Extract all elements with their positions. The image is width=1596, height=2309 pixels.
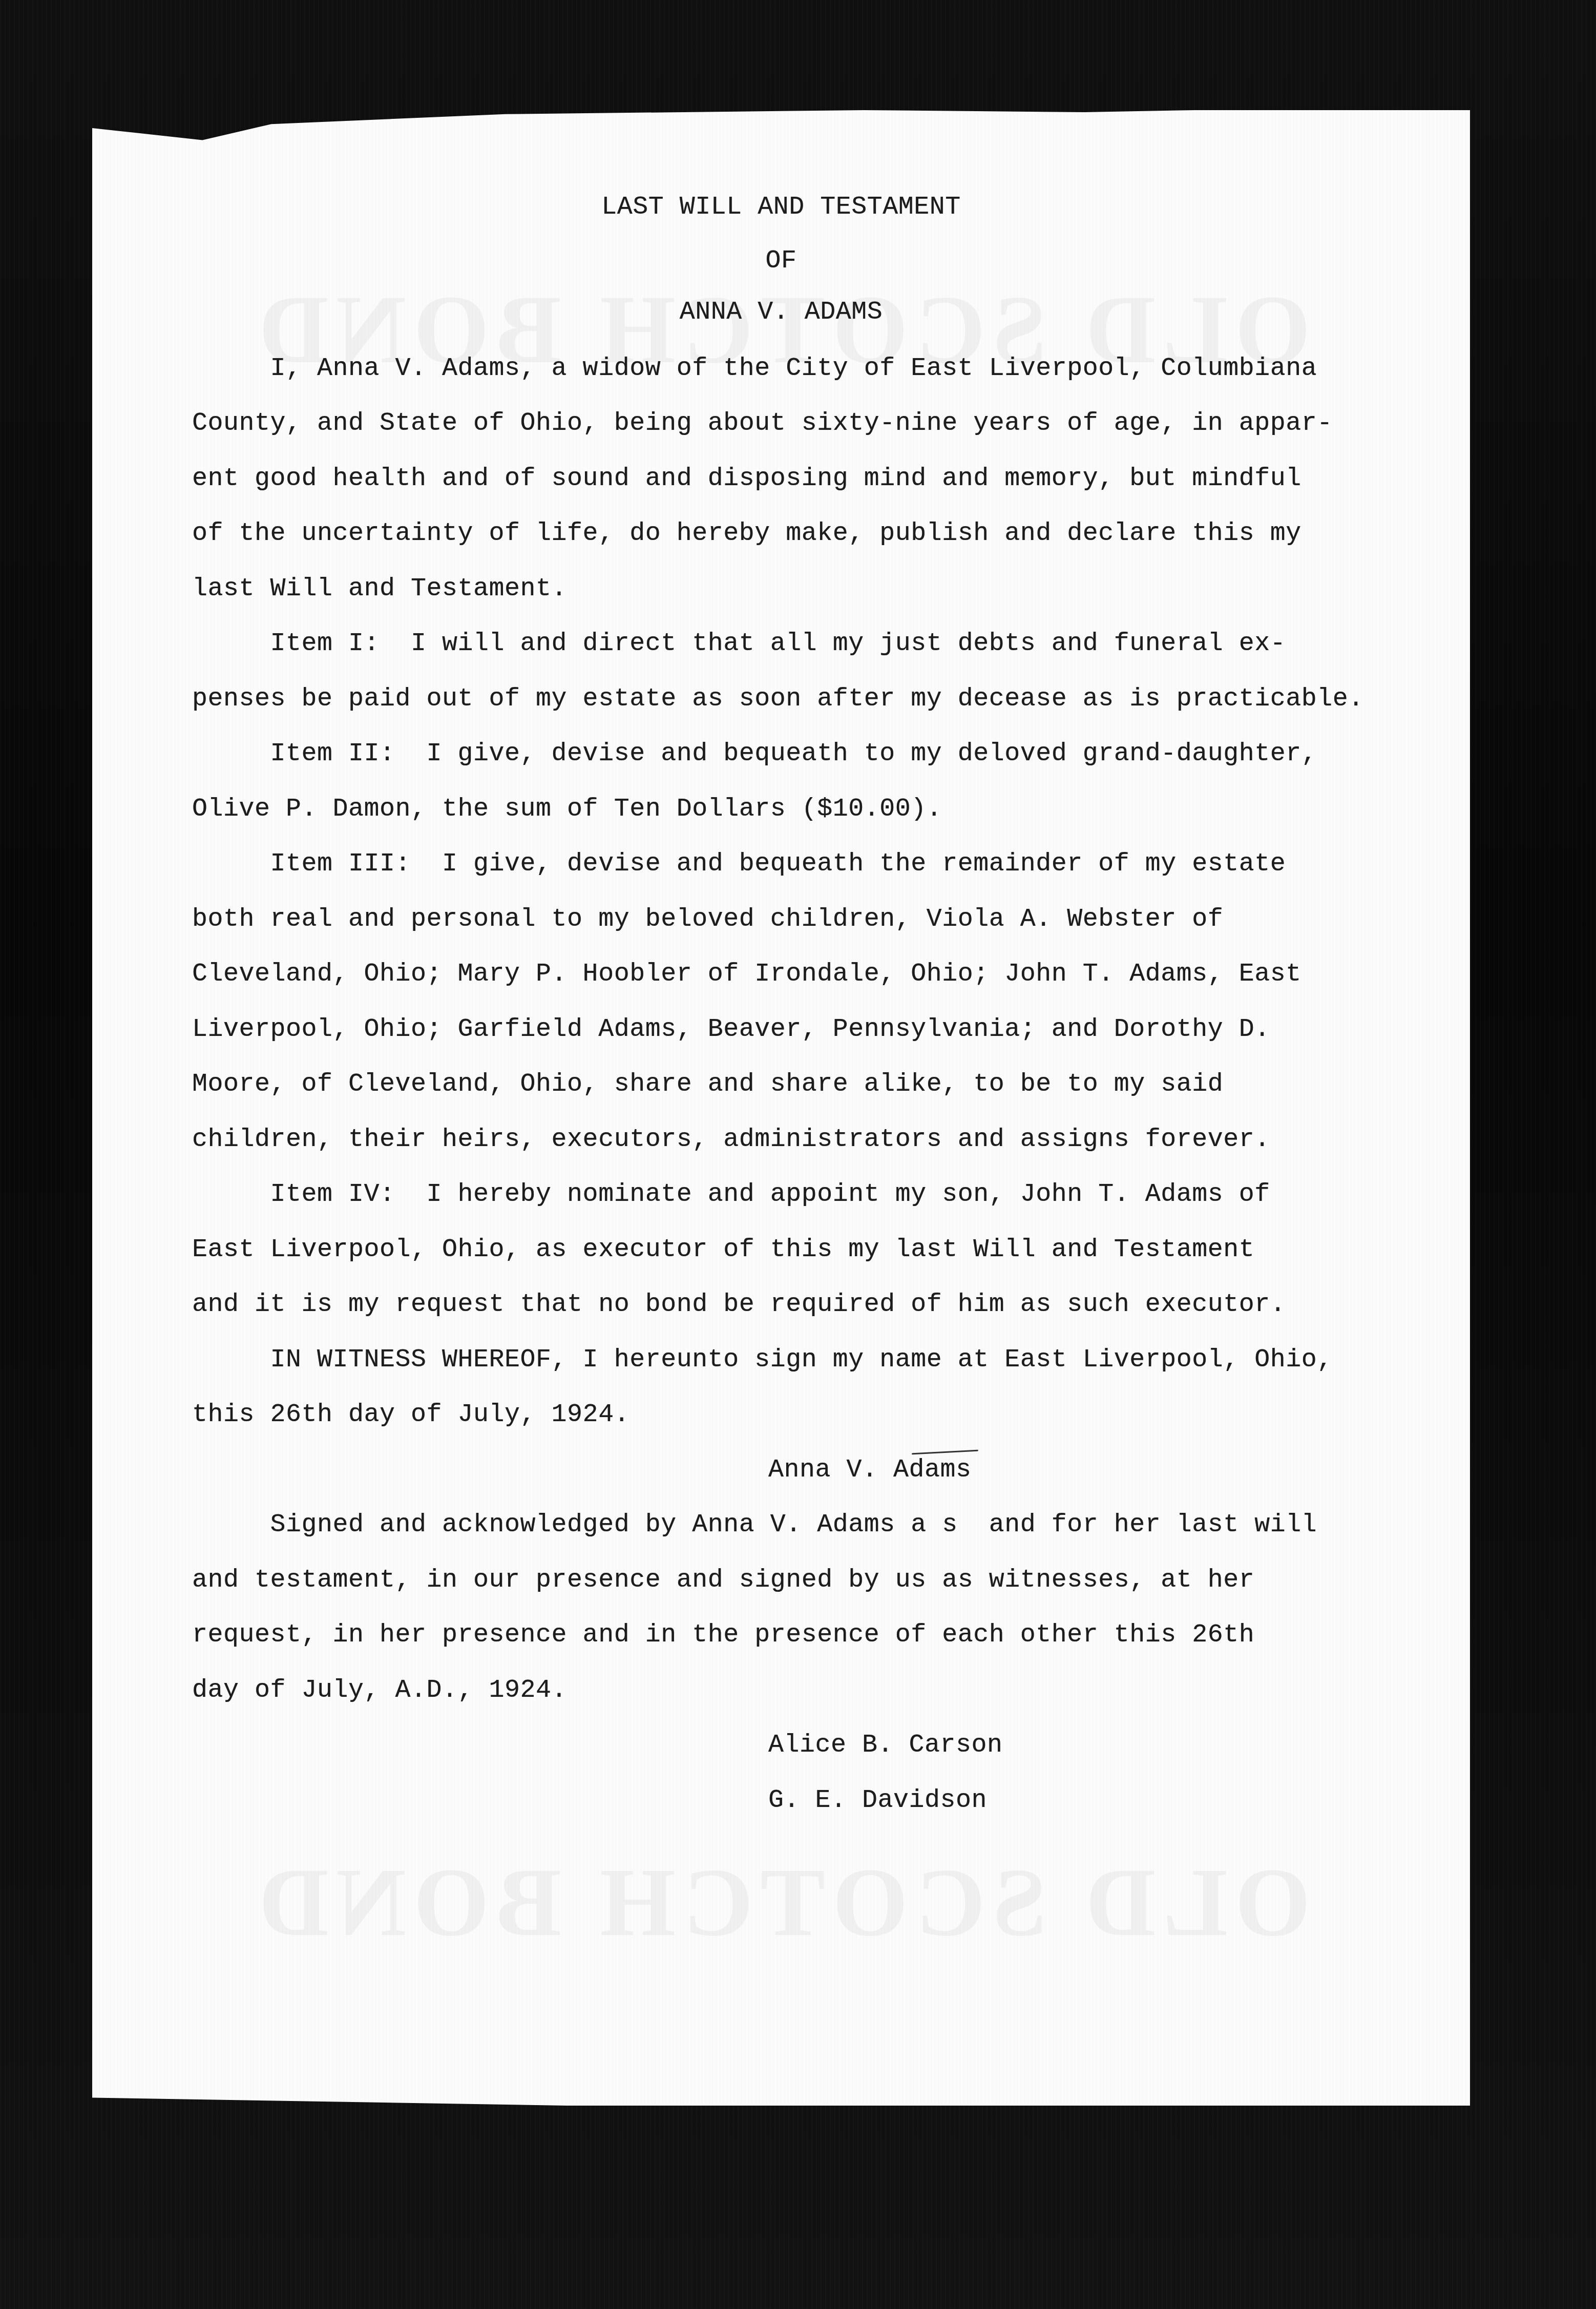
item-3-line: both real and personal to my beloved chi… [192,904,1223,935]
witness-name: G. E. Davidson [768,1785,987,1816]
attestation-line: day of July, A.D., 1924. [192,1675,567,1706]
item-4-line: and it is my request that no bond be req… [192,1289,1286,1320]
testator-name-heading: ANNA V. ADAMS [92,297,1470,328]
watermark-bottom: OLD SCOTCH BOND [92,1847,1470,1959]
item-3-line: children, their heirs, executors, admini… [192,1125,1270,1155]
testator-signature: Anna V. Adams [768,1455,972,1486]
witness-name: Alice B. Carson [768,1730,1003,1761]
body-line: of the uncertainty of life, do hereby ma… [192,518,1301,549]
witness-whereof-line: this 26th day of July, 1924. [192,1400,629,1430]
body-line: ent good health and of sound and disposi… [192,464,1301,494]
attestation-line: Signed and acknowledged by Anna V. Adams… [192,1510,1317,1541]
attestation-line: and testament, in our presence and signe… [192,1565,1254,1596]
witness-whereof-line: IN WITNESS WHEREOF, I hereunto sign my n… [192,1345,1333,1376]
item-2-line: Item II: I give, devise and bequeath to … [192,739,1317,769]
body-line: I, Anna V. Adams, a widow of the City of… [192,353,1317,384]
item-4-line: Item IV: I hereby nominate and appoint m… [192,1179,1270,1210]
item-4-line: East Liverpool, Ohio, as executor of thi… [192,1235,1254,1265]
signature-mark [912,1450,978,1455]
attestation-line: request, in her presence and in the pres… [192,1620,1254,1651]
document-title: LAST WILL AND TESTAMENT [92,192,1470,223]
document-title-of: OF [92,246,1470,277]
item-3-line: Liverpool, Ohio; Garfield Adams, Beaver,… [192,1014,1270,1045]
item-1-line: penses be paid out of my estate as soon … [192,684,1364,715]
item-2-line: Olive P. Damon, the sum of Ten Dollars (… [192,794,942,825]
item-3-line: Item III: I give, devise and bequeath th… [192,849,1286,880]
item-3-line: Moore, of Cleveland, Ohio, share and sha… [192,1069,1223,1100]
body-line: last Will and Testament. [192,574,567,605]
body-line: County, and State of Ohio, being about s… [192,408,1333,439]
item-1-line: Item I: I will and direct that all my ju… [192,629,1286,659]
item-3-line: Cleveland, Ohio; Mary P. Hoobler of Iron… [192,959,1301,990]
document-page: OLD SCOTCH BOND OLD SCOTCH BOND LAST WIL… [92,110,1470,2106]
